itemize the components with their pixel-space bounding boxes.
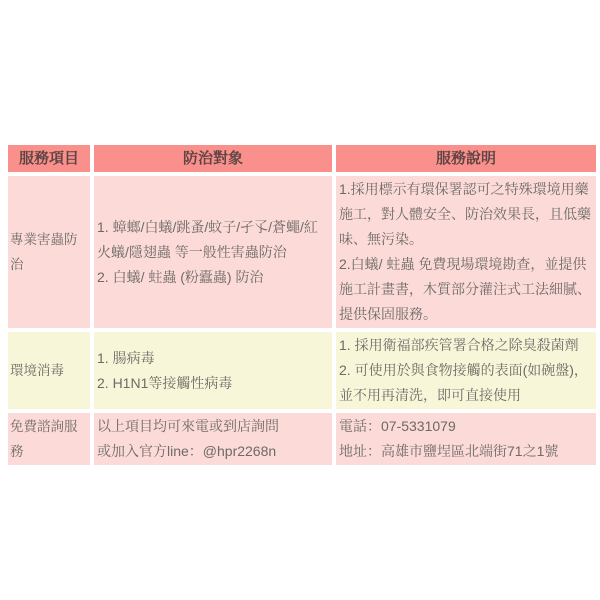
table-row-pest-control: 專業害蟲防治 1. 蟑螂/白蟻/跳蚤/蚊子/孑孓/蒼蠅/紅火蟻/隱翅蟲 等一般性…	[8, 176, 596, 328]
table-row-disinfection: 環境消毒 1. 腸病毒 2. H1N1等接觸性病毒 1. 採用衛福部疾管署合格之…	[8, 332, 596, 409]
header-service-item: 服務項目	[8, 145, 90, 172]
table-row-free-consultation: 免費諮詢服務 以上項目均可來電或到店詢問 或加入官方line：@hpr2268n…	[8, 413, 596, 465]
page-background: 服務項目 防治對象 服務說明 專業害蟲防治 1. 蟑螂/白蟻/跳蚤/蚊子/孑孓/…	[0, 0, 600, 600]
targets-cell: 1. 腸病毒 2. H1N1等接觸性病毒	[94, 332, 332, 409]
targets-cell: 1. 蟑螂/白蟻/跳蚤/蚊子/孑孓/蒼蠅/紅火蟻/隱翅蟲 等一般性害蟲防治 2.…	[94, 176, 332, 328]
services-table: 服務項目 防治對象 服務說明 專業害蟲防治 1. 蟑螂/白蟻/跳蚤/蚊子/孑孓/…	[4, 141, 600, 469]
description-cell: 1.採用標示有環保署認可之特殊環境用藥施工，對人體安全、防治效果長，且低藥味、無…	[336, 176, 596, 328]
service-info-section: 服務項目 防治對象 服務說明 專業害蟲防治 1. 蟑螂/白蟻/跳蚤/蚊子/孑孓/…	[4, 141, 600, 469]
header-service-description: 服務說明	[336, 145, 596, 172]
description-cell: 1. 採用衛福部疾管署合格之除臭殺菌劑 2. 可使用於與食物接觸的表面(如碗盤)…	[336, 332, 596, 409]
targets-cell: 以上項目均可來電或到店詢問 或加入官方line：@hpr2268n	[94, 413, 332, 465]
table-header-row: 服務項目 防治對象 服務說明	[8, 145, 596, 172]
service-name-cell: 免費諮詢服務	[8, 413, 90, 465]
header-control-target: 防治對象	[94, 145, 332, 172]
service-name-cell: 環境消毒	[8, 332, 90, 409]
service-name-cell: 專業害蟲防治	[8, 176, 90, 328]
description-cell: 電話：07-5331079 地址：高雄市鹽埕區北端街71之1號	[336, 413, 596, 465]
